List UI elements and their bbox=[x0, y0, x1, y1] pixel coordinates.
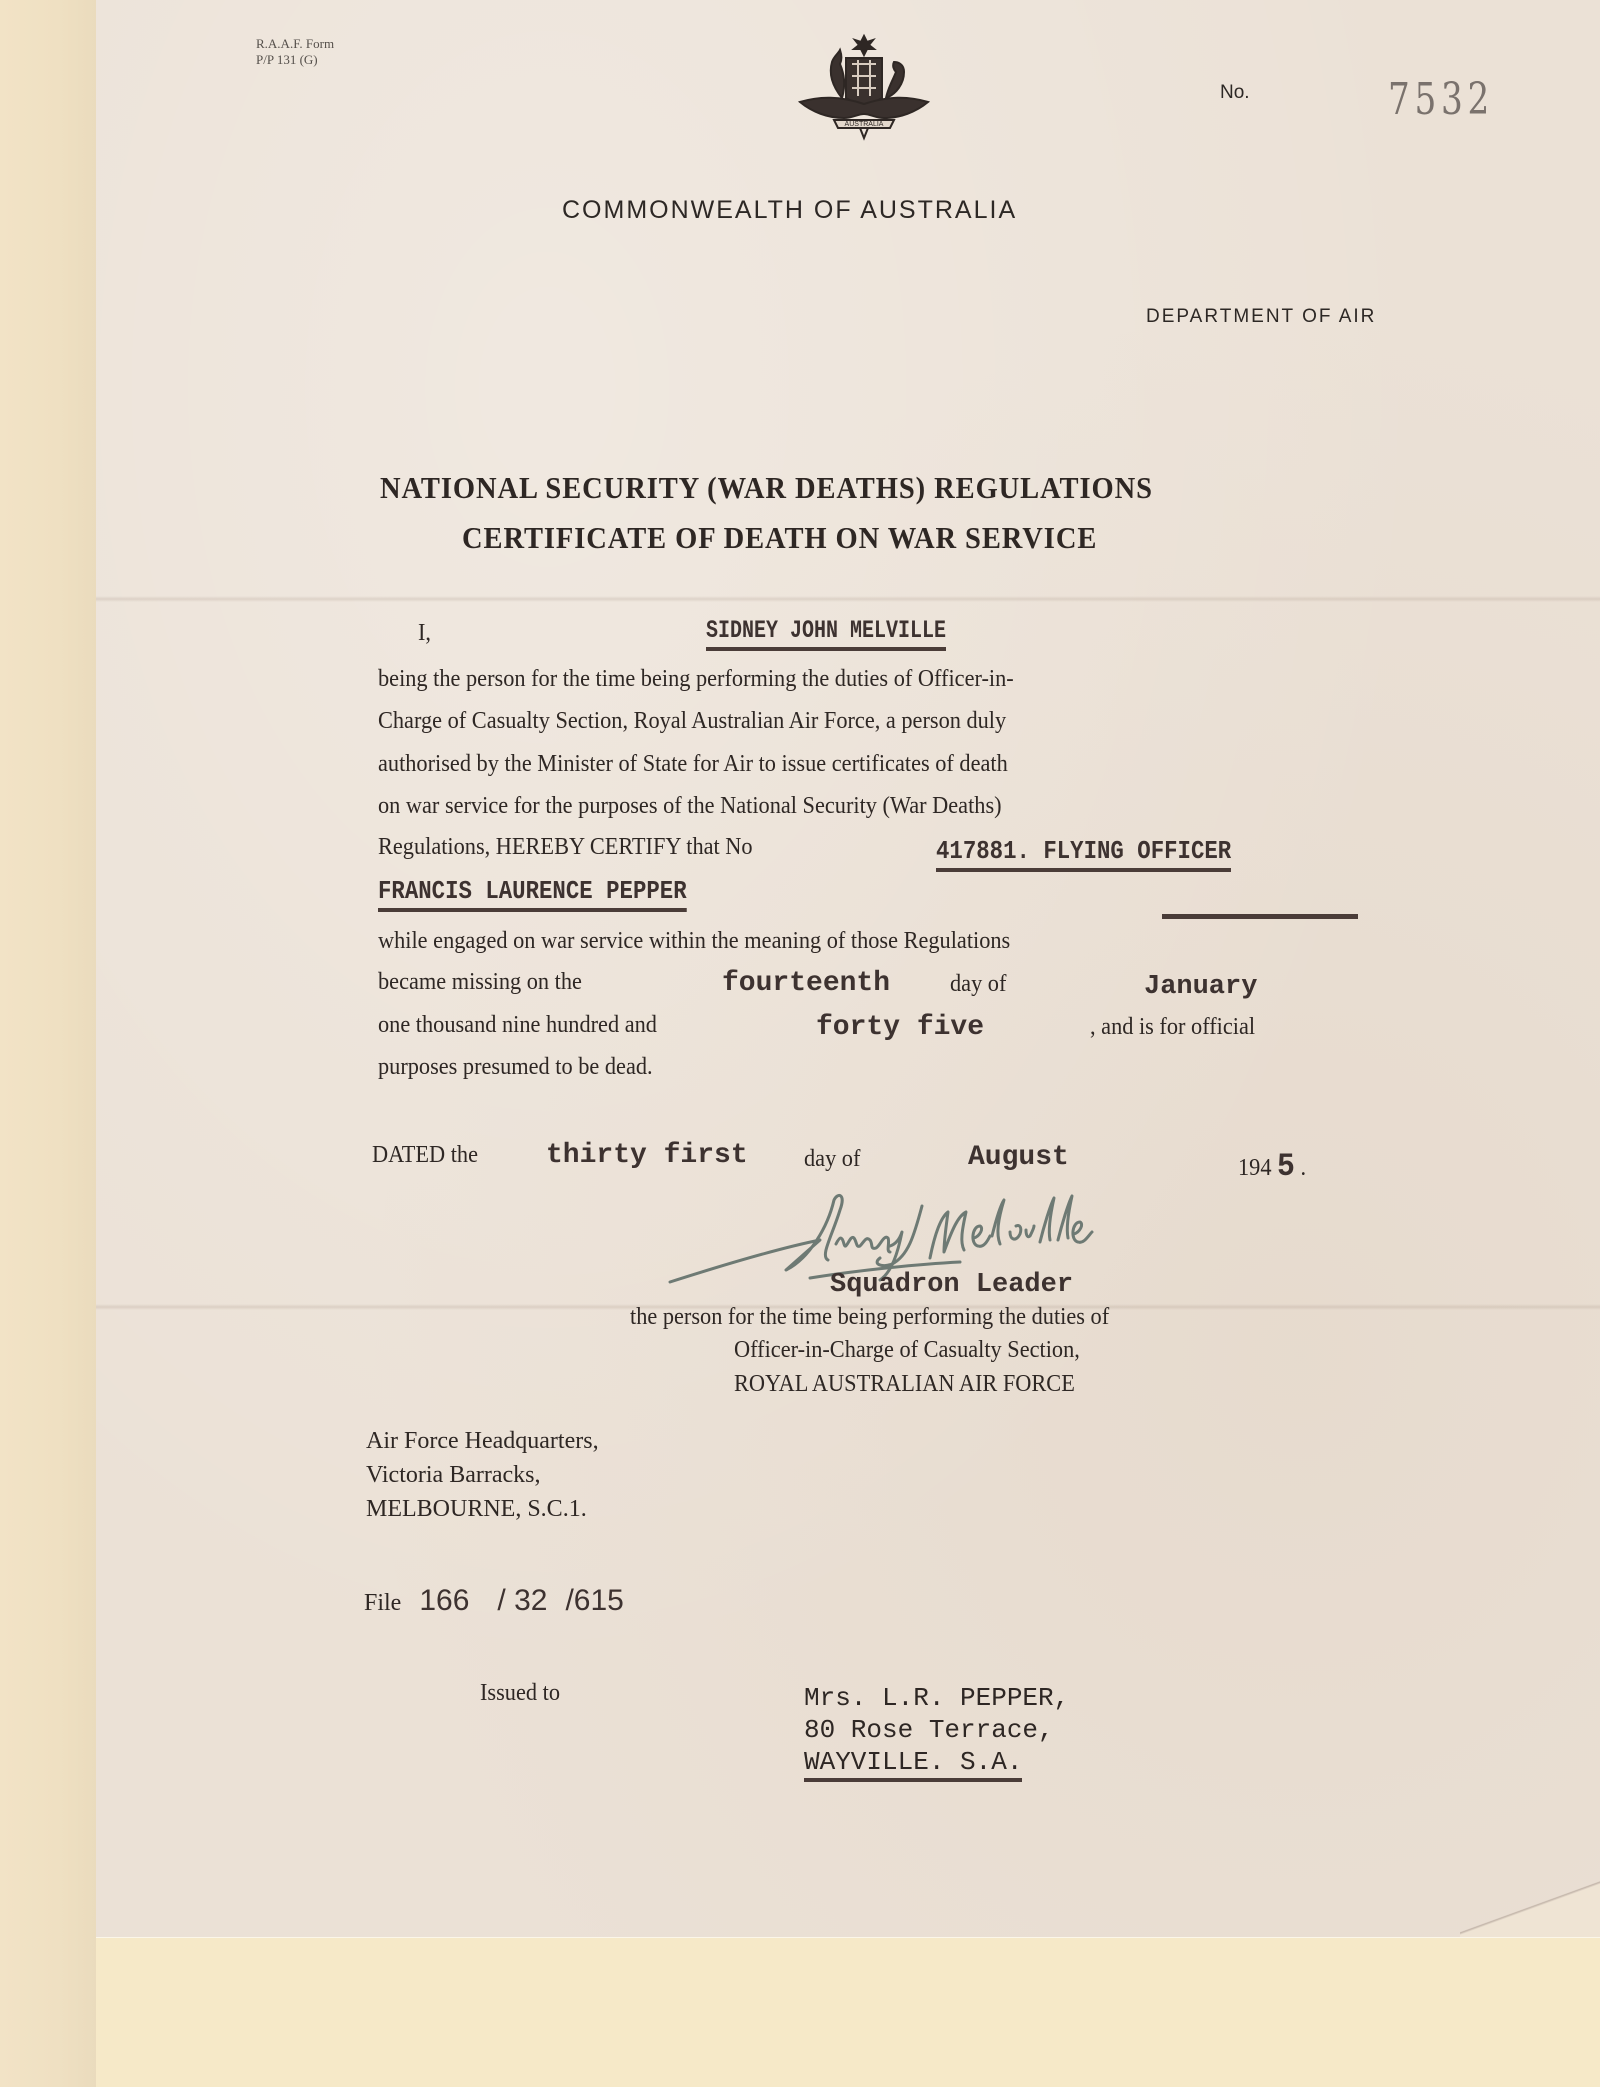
regulations-certify-line: Regulations, HEREBY CERTIFY that No bbox=[378, 834, 753, 861]
dated-prefix: DATED the bbox=[372, 1142, 478, 1169]
year-digit: 5 bbox=[1277, 1148, 1295, 1185]
paper-crease bbox=[96, 596, 1600, 602]
file-label: File bbox=[364, 1590, 401, 1616]
backing-sheet-left bbox=[0, 0, 96, 2087]
corner-fold bbox=[1460, 1880, 1600, 1937]
form-ref-line1: R.A.A.F. Form bbox=[256, 36, 334, 52]
svg-text:AUSTRALIA: AUSTRALIA bbox=[845, 121, 884, 128]
address-line3: MELBOURNE, S.C.1. bbox=[366, 1492, 599, 1526]
body-line-3: authorised by the Minister of State for … bbox=[378, 751, 1008, 778]
form-reference: R.A.A.F. Form P/P 131 (G) bbox=[256, 36, 334, 68]
blank-underline bbox=[1162, 914, 1358, 919]
missing-year-words: forty five bbox=[816, 1012, 984, 1043]
signatory-role-line3: ROYAL AUSTRALIAN AIR FORCE bbox=[734, 1371, 1075, 1398]
body-line-4: on war service for the purposes of the N… bbox=[378, 793, 1002, 820]
coat-of-arms-icon: AUSTRALIA bbox=[790, 32, 938, 142]
file-reference: File 166 / 32 /615 bbox=[364, 1584, 624, 1618]
commonwealth-header: COMMONWEALTH OF AUSTRALIA bbox=[562, 196, 1017, 225]
year-prefix: one thousand nine hundred and bbox=[378, 1012, 657, 1039]
body-line-2: Charge of Casualty Section, Royal Austra… bbox=[378, 708, 1006, 735]
missing-prefix: became missing on the bbox=[378, 969, 582, 996]
missing-day-of: day of bbox=[950, 971, 1006, 998]
certificate-number: 7532 bbox=[1388, 74, 1494, 125]
file-part3: /615 bbox=[565, 1584, 623, 1617]
presumed-dead-line: purposes presumed to be dead. bbox=[378, 1054, 653, 1081]
file-part1: 166 bbox=[419, 1584, 469, 1617]
dated-month: August bbox=[968, 1142, 1069, 1173]
recipient-line2: 80 Rose Terrace, bbox=[804, 1714, 1069, 1746]
while-engaged-line: while engaged on war service within the … bbox=[378, 928, 1010, 955]
missing-day: fourteenth bbox=[722, 968, 890, 999]
address-line1: Air Force Headquarters, bbox=[366, 1424, 599, 1458]
certificate-number-label: No. bbox=[1220, 82, 1250, 104]
year-suffix: , and is for official bbox=[1090, 1014, 1255, 1041]
form-ref-line2: P/P 131 (G) bbox=[256, 52, 334, 68]
i-label: I, bbox=[418, 620, 431, 647]
dated-year: 194 5 . bbox=[1238, 1148, 1306, 1185]
department-header: DEPARTMENT OF AIR bbox=[1146, 306, 1376, 328]
dated-day-of: day of bbox=[804, 1146, 860, 1173]
recipient-address: Mrs. L.R. PEPPER, 80 Rose Terrace, WAYVI… bbox=[804, 1682, 1069, 1782]
certificate-title: CERTIFICATE OF DEATH ON WAR SERVICE bbox=[462, 520, 1097, 556]
signatory-role-line2: Officer-in-Charge of Casualty Section, bbox=[734, 1337, 1080, 1364]
deceased-name: FRANCIS LAURENCE PEPPER bbox=[378, 876, 687, 912]
file-part2: / 32 bbox=[497, 1584, 547, 1617]
headquarters-address: Air Force Headquarters, Victoria Barrack… bbox=[366, 1424, 599, 1526]
dated-day: thirty first bbox=[546, 1140, 748, 1171]
certify-prefix: Regulations, HEREBY CERTIFY that No bbox=[378, 834, 753, 860]
address-line2: Victoria Barracks, bbox=[366, 1458, 599, 1492]
signatory-role-line1: the person for the time being performing… bbox=[630, 1304, 1109, 1331]
recipient-line1: Mrs. L.R. PEPPER, bbox=[804, 1682, 1069, 1714]
missing-month: January bbox=[1144, 972, 1257, 1002]
recipient-line3: WAYVILLE. S.A. bbox=[804, 1746, 1022, 1782]
regulations-title: NATIONAL SECURITY (WAR DEATHS) REGULATIO… bbox=[380, 470, 1153, 506]
signatory-rank: Squadron Leader bbox=[830, 1270, 1073, 1300]
year-prefix: 194 bbox=[1238, 1155, 1271, 1181]
body-line-1: being the person for the time being perf… bbox=[378, 666, 1014, 693]
year-period: . bbox=[1300, 1155, 1306, 1181]
service-number-rank: 417881. FLYING OFFICER bbox=[936, 836, 1231, 872]
certifying-officer-name: SIDNEY JOHN MELVILLE bbox=[706, 616, 946, 651]
issued-to-label: Issued to bbox=[480, 1680, 560, 1707]
